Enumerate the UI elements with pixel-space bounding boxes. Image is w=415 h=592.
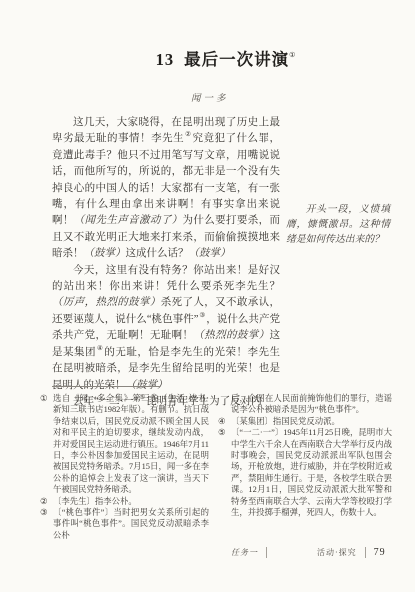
footer-task-label: 任务一 bbox=[231, 547, 258, 558]
body-text-column: 这几天，大家晓得，在昆明出现了历史上最卑劣最无耻的事情！李先生②究竟犯了什么罪，… bbox=[52, 115, 280, 410]
footnotes-right-column: 后，企图在人民面前掩饰他们的罪行，造谣说李公朴被暗杀是因为“桃色事件”。 ④ 〔… bbox=[218, 393, 392, 541]
footnote-number: ② bbox=[40, 496, 53, 507]
footnote-number: ⑤ bbox=[218, 427, 231, 518]
footnote-number: ① bbox=[40, 393, 53, 496]
footer-divider bbox=[365, 547, 366, 558]
footnote-item-3: ③ 〔“桃色事件”〕当时把男女关系所引起的事件叫“桃色事件”。国民党反动派暗杀李… bbox=[40, 507, 209, 541]
margin-study-note: 开头一段，义愤填膺，慷慨激昂。这种情绪是如何传达出来的？ bbox=[286, 202, 390, 248]
lesson-title: 13最后一次讲演① bbox=[58, 46, 393, 70]
page-number: 79 bbox=[374, 547, 386, 558]
stage-direction: （厉声，热烈的鼓掌） bbox=[52, 297, 161, 308]
textbook-page: 13最后一次讲演① 闻一多 这几天，大家晓得，在昆明出现了历史上最卑劣最无耻的事… bbox=[0, 0, 415, 592]
footnote-ref-4: ④ bbox=[97, 345, 103, 352]
footer-unit-label: 活动·探究 bbox=[317, 547, 357, 558]
footnote-text: 选自《闻一多全集》第三卷（生活·读书·新知三联书店1982年版）。有删节。抗日战… bbox=[53, 393, 209, 496]
footnote-item-1: ① 选自《闻一多全集》第三卷（生活·读书·新知三联书店1982年版）。有删节。抗… bbox=[40, 393, 209, 496]
stage-direction: （热烈的鼓掌） bbox=[193, 330, 269, 341]
stage-direction: （闻先生声音激动了） bbox=[74, 215, 183, 226]
footnote-text: 〔某集团〕指国民党反动派。 bbox=[231, 416, 392, 427]
paragraph-2: 今天，这里有没有特务？你站出来！是好汉的站出来！你出来讲！凭什么要杀死李先生？（… bbox=[52, 263, 280, 394]
footnote-text: 后，企图在人民面前掩饰他们的罪行，造谣说李公朴被暗杀是因为“桃色事件”。 bbox=[231, 393, 392, 416]
footnote-separator bbox=[52, 386, 160, 387]
paragraph-text: 今天，这里有没有特务？你站出来！是好汉的站出来！你出来讲！凭什么要杀死李先生？ bbox=[52, 265, 280, 292]
footnotes-left-column: ① 选自《闻一多全集》第三卷（生活·读书·新知三联书店1982年版）。有删节。抗… bbox=[40, 393, 209, 541]
lesson-title-text: 最后一次讲演 bbox=[184, 50, 289, 69]
footnote-item-4: ④ 〔某集团〕指国民党反动派。 bbox=[218, 416, 392, 427]
stage-direction: （鼓掌） bbox=[189, 248, 231, 259]
author-name: 闻一多 bbox=[191, 90, 229, 104]
footnote-item-3-continuation: 后，企图在人民面前掩饰他们的罪行，造谣说李公朴被暗杀是因为“桃色事件”。 bbox=[218, 393, 392, 416]
paragraph-text: 究竟犯了什么罪，竟遭此毒手？他只不过用笔写写文章，用嘴说说话，而他所写的，所说的… bbox=[52, 133, 280, 226]
footnote-number: ③ bbox=[40, 507, 53, 541]
footnote-ref-2: ② bbox=[185, 131, 191, 138]
footnote-text: 〔李先生〕指李公朴。 bbox=[53, 496, 209, 507]
footnotes-section: ① 选自《闻一多全集》第三卷（生活·读书·新知三联书店1982年版）。有删节。抗… bbox=[40, 393, 392, 541]
footnote-number: ④ bbox=[218, 416, 231, 427]
paragraph-1: 这几天，大家晓得，在昆明出现了历史上最卑劣最无耻的事情！李先生②究竟犯了什么罪，… bbox=[52, 115, 280, 263]
page-footer: 任务一 活动·探究 79 bbox=[231, 547, 386, 558]
footnote-text: 〔“桃色事件”〕当时把男女关系所引起的事件叫“桃色事件”。国民党反动派暗杀李公朴 bbox=[53, 507, 209, 541]
lesson-number: 13 bbox=[156, 50, 175, 69]
footnote-text: 〔“一二·一”〕1945年11月25日晚，昆明市大中学生六千余人在西南联合大学举… bbox=[231, 427, 392, 518]
stage-direction: （鼓掌） bbox=[84, 248, 126, 259]
title-note-ref: ① bbox=[289, 51, 295, 59]
footnote-item-5: ⑤ 〔“一二·一”〕1945年11月25日晚，昆明市大中学生六千余人在西南联合大… bbox=[218, 427, 392, 518]
footnote-number bbox=[218, 393, 231, 416]
footnote-item-2: ② 〔李先生〕指李公朴。 bbox=[40, 496, 209, 507]
footnote-ref-3: ③ bbox=[199, 312, 205, 319]
stage-direction: （鼓掌） bbox=[126, 380, 168, 391]
footer-divider bbox=[266, 547, 267, 558]
paragraph-text: 这成什么话？ bbox=[126, 248, 189, 259]
